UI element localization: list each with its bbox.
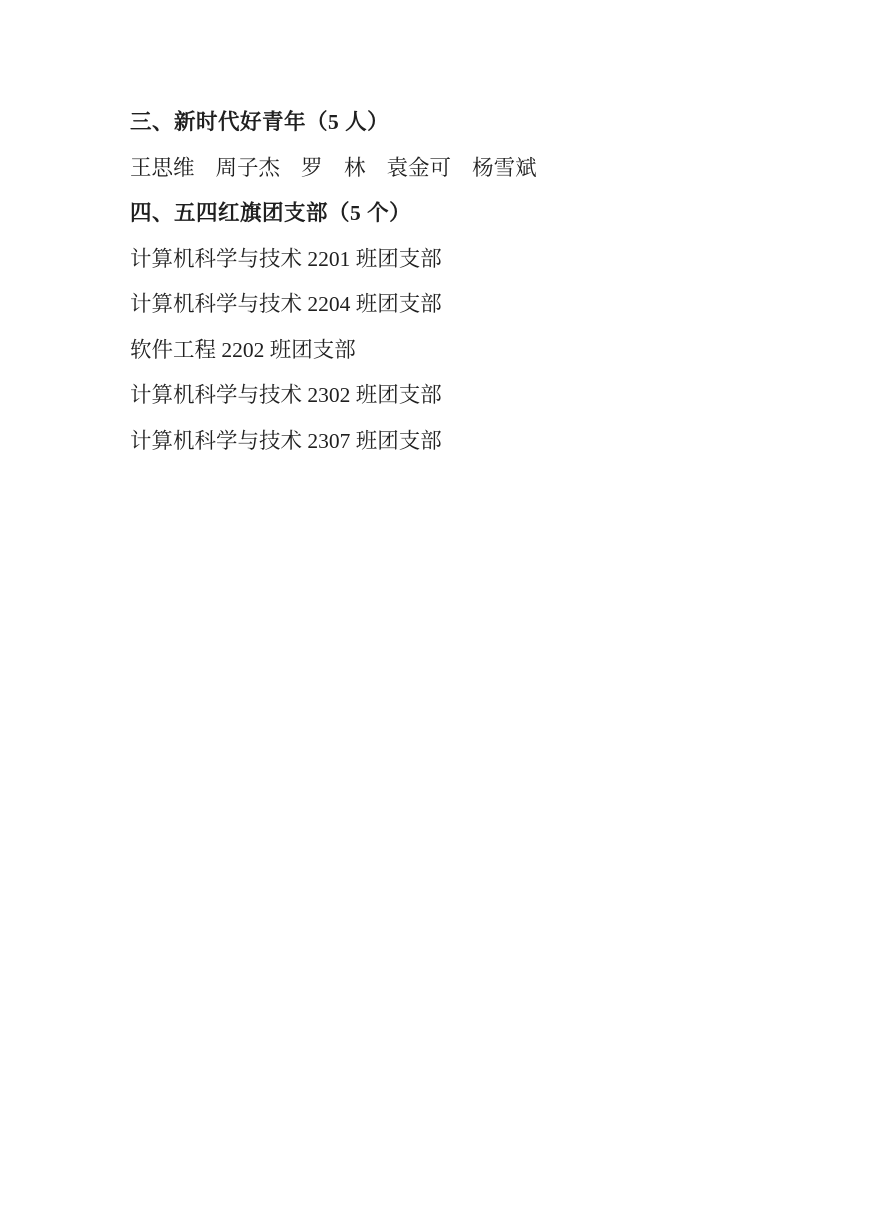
- league-branch-item: 计算机科学与技术 2302 班团支部: [130, 373, 810, 419]
- awardee-name: 王思维: [130, 156, 195, 180]
- awardee-name: 杨雪斌: [472, 156, 537, 180]
- awardee-name: 周子杰: [216, 156, 281, 180]
- awardee-name: 罗 林: [301, 156, 366, 180]
- league-branch-item: 计算机科学与技术 2201 班团支部: [130, 237, 810, 283]
- awardee-names-line: 王思维周子杰罗 林袁金可杨雪斌: [130, 146, 810, 192]
- section-heading-red-flag-league-branches: 四、五四红旗团支部（5 个）: [130, 191, 810, 237]
- league-branch-item: 计算机科学与技术 2307 班团支部: [130, 419, 810, 465]
- league-branch-item: 软件工程 2202 班团支部: [130, 328, 810, 374]
- awardee-name: 袁金可: [387, 156, 452, 180]
- league-branch-item: 计算机科学与技术 2204 班团支部: [130, 282, 810, 328]
- section-heading-new-era-youth: 三、新时代好青年（5 人）: [130, 100, 810, 146]
- document-page: 三、新时代好青年（5 人） 王思维周子杰罗 林袁金可杨雪斌 四、五四红旗团支部（…: [0, 0, 870, 1231]
